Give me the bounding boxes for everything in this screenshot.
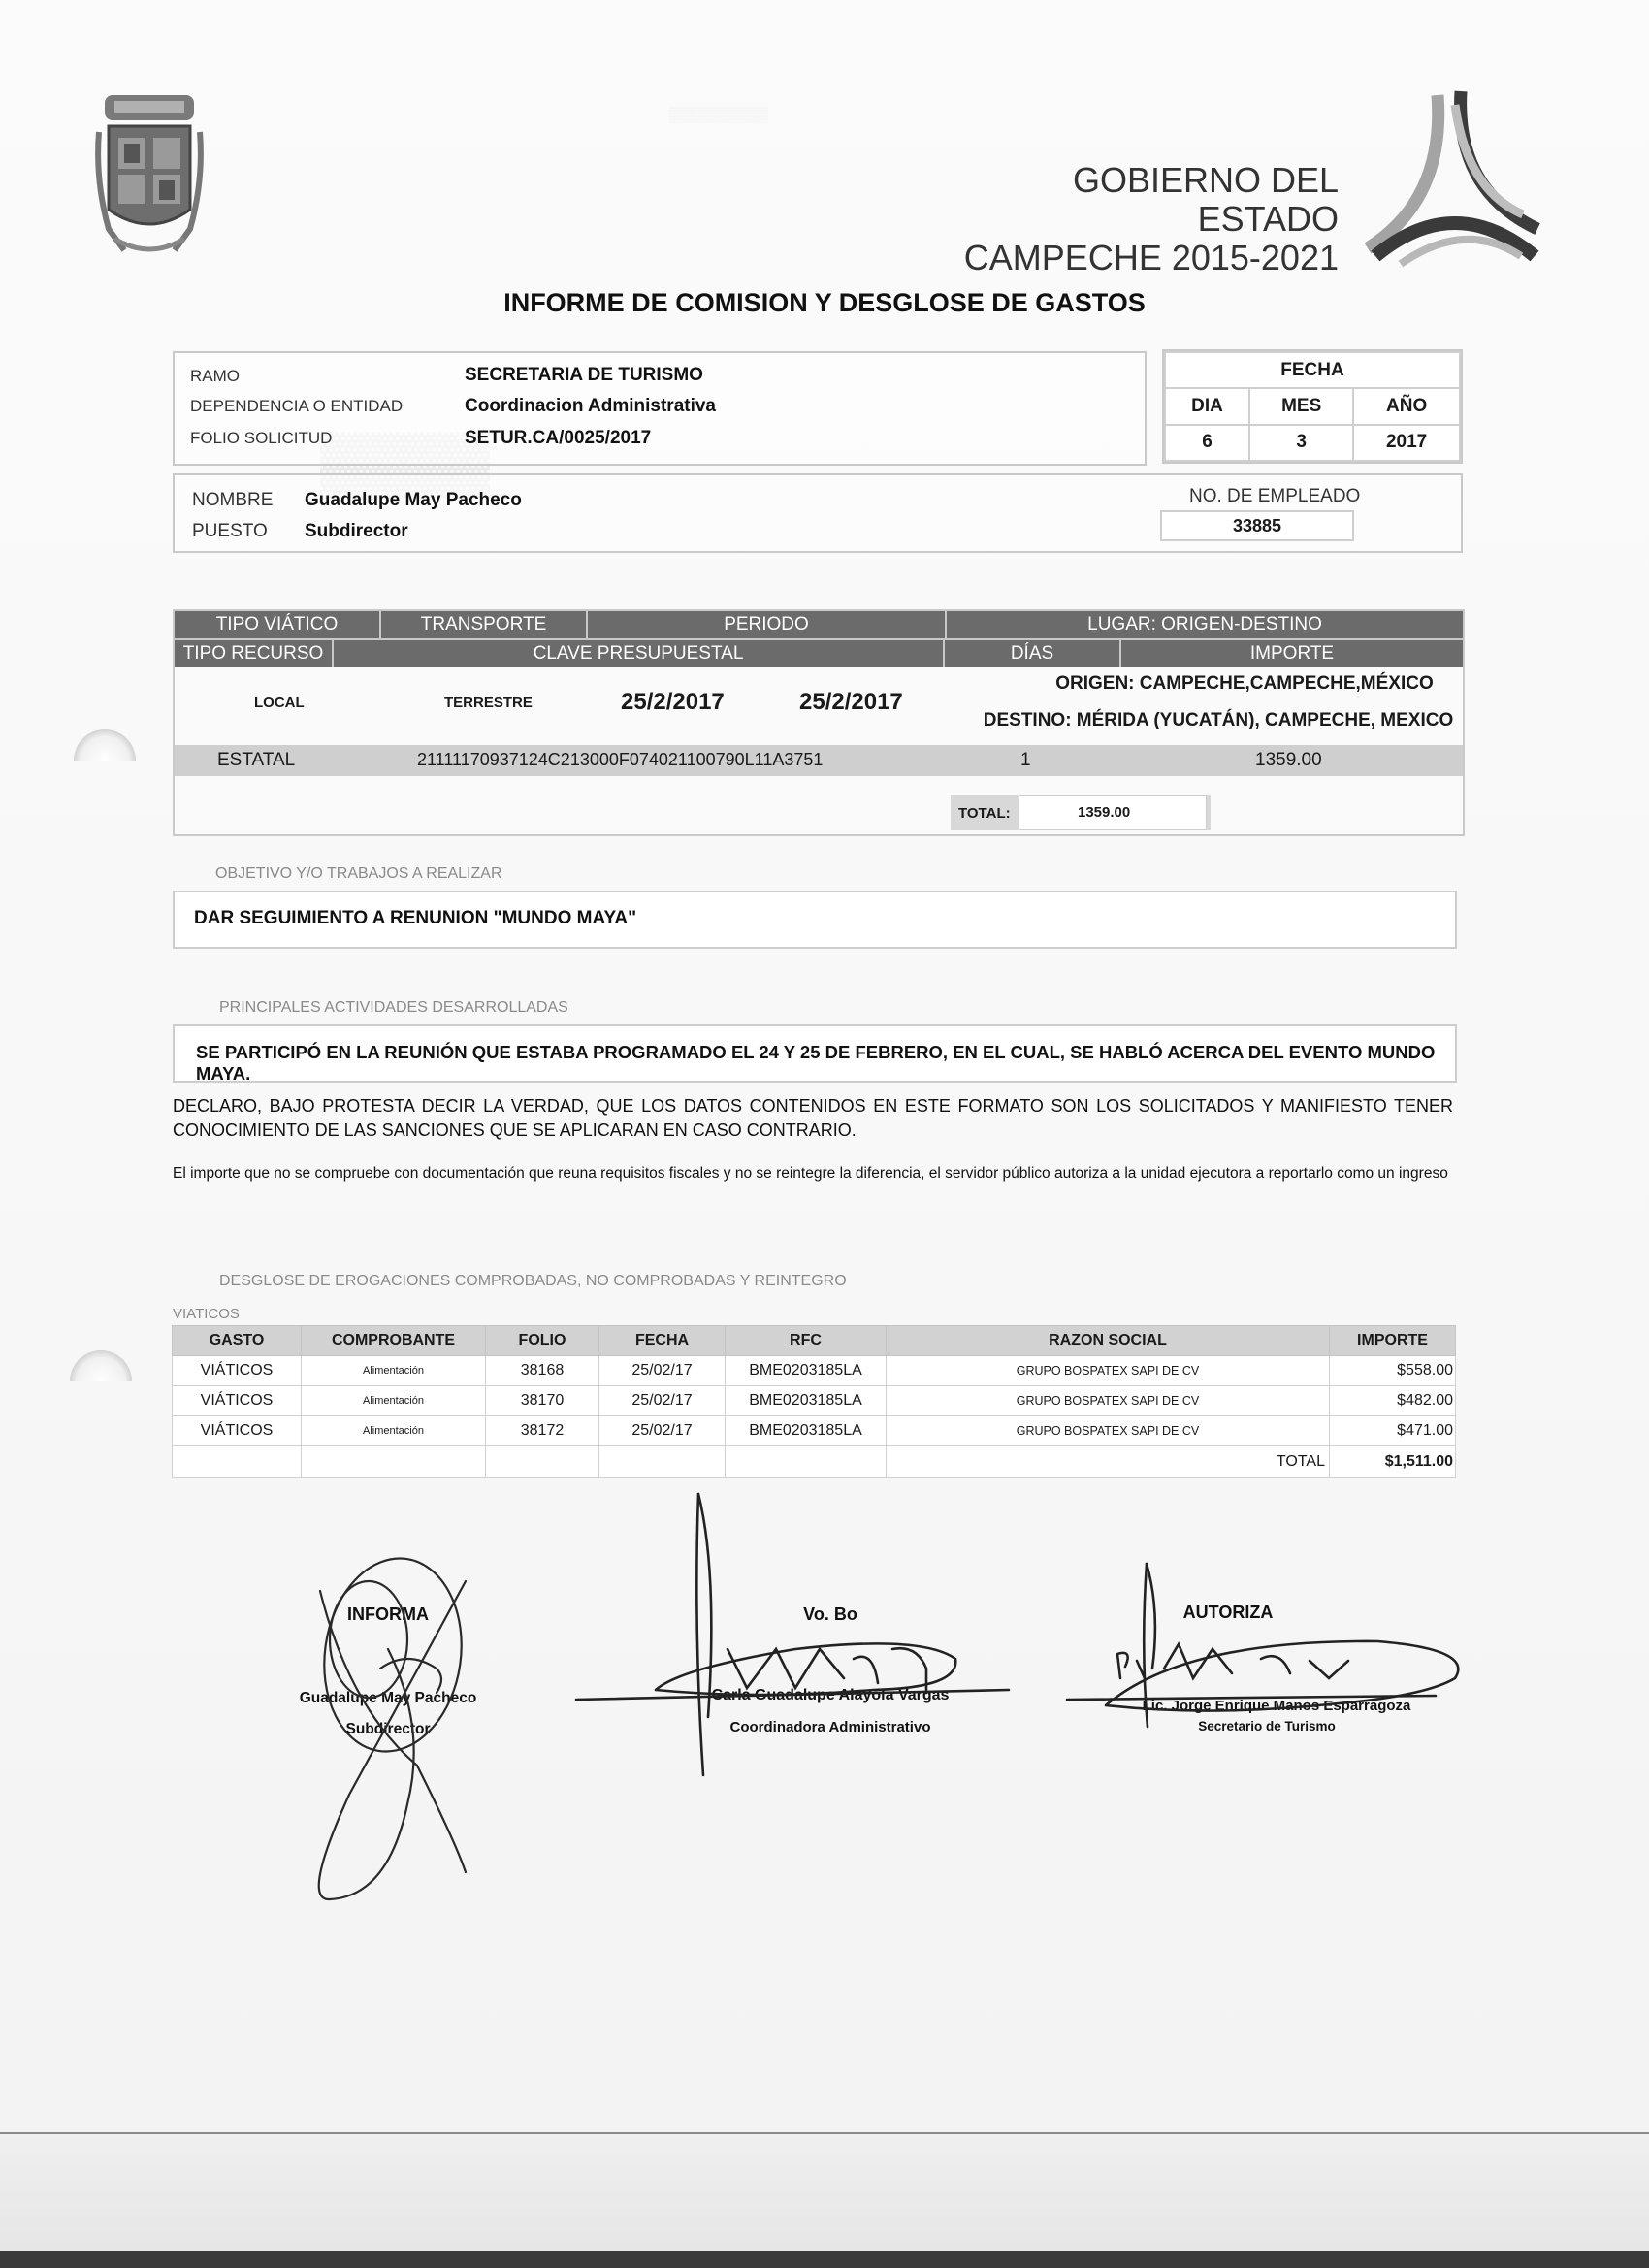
table-row: VIÁTICOS Alimentación 38168 25/02/17 BME… [173, 1356, 1456, 1386]
importe-cell: $558.00 [1330, 1356, 1456, 1386]
transporte-value: TERRESTRE [444, 695, 533, 711]
bleed-through-text: ▒▒▒▒▒▒▒▒▒ [669, 107, 768, 124]
total-value: 1359.00 [1018, 795, 1207, 830]
government-title-line1: GOBIERNO DEL ESTADO [960, 161, 1339, 239]
puesto-label: PUESTO [192, 521, 268, 542]
rfc-cell: BME0203185LA [726, 1416, 887, 1446]
viatico-recurso-row: ESTATAL 21111170937124C213000F0740211007… [175, 745, 1463, 776]
no-empleado-label: NO. DE EMPLEADO [1189, 486, 1360, 507]
coat-of-arms-icon [95, 93, 204, 258]
mes-label: MES [1249, 388, 1353, 424]
periodo-fin-value: 25/2/2017 [799, 689, 903, 716]
total-box: TOTAL: 1359.00 [951, 795, 1211, 830]
page-underlay [0, 2134, 1649, 2251]
origen-value: ORIGEN: CAMPECHE,CAMPECHE,MÉXICO [1026, 673, 1463, 695]
header-lugar: LUGAR: ORIGEN-DESTINO [947, 611, 1463, 638]
col-comprobante: COMPROBANTE [302, 1326, 486, 1356]
informa-role: Subdirector [291, 1721, 485, 1738]
razon-social-cell: GRUPO BOSPATEX SAPI DE CV [887, 1356, 1330, 1386]
dias-value: 1 [1020, 750, 1031, 771]
razon-social-cell: GRUPO BOSPATEX SAPI DE CV [887, 1386, 1330, 1416]
importe-cell: $482.00 [1330, 1386, 1456, 1416]
nombre-value: Guadalupe May Pacheco [305, 490, 522, 511]
folio-solicitud-value: SETUR.CA/0025/2017 [465, 428, 651, 449]
campeche-triple-arc-logo-icon [1358, 83, 1552, 268]
folio-solicitud-label: FOLIO SOLICITUD [190, 429, 332, 448]
expense-total-value: $1,511.00 [1330, 1446, 1456, 1478]
fecha-title: FECHA [1165, 352, 1460, 388]
col-razon-social: RAZON SOCIAL [887, 1326, 1330, 1356]
importe-cell: $471.00 [1330, 1416, 1456, 1446]
punch-hole [70, 1350, 132, 1381]
desglose-label: DESGLOSE DE EROGACIONES COMPROBADAS, NO … [219, 1273, 847, 1290]
col-fecha: FECHA [599, 1326, 726, 1356]
header-dias: DÍAS [945, 640, 1121, 667]
expense-total-row: TOTAL $1,511.00 [173, 1446, 1456, 1478]
viatico-header-row-2: TIPO RECURSO CLAVE PRESUPUESTAL DÍAS IMP… [175, 638, 1463, 667]
folio-cell: 38168 [486, 1356, 599, 1386]
punch-hole [74, 729, 136, 761]
actividades-text: SE PARTICIPÓ EN LA REUNIÓN QUE ESTABA PR… [196, 1042, 1455, 1085]
col-folio: FOLIO [486, 1326, 599, 1356]
expense-total-label: TOTAL [887, 1446, 1330, 1478]
expense-table: GASTO COMPROBANTE FOLIO FECHA RFC RAZON … [172, 1325, 1456, 1478]
scanned-page: ▒▒▒▒▒▒▒▒▒ ▓▓▓▓ GOBIERNO DEL ESTADO CAMPE… [0, 0, 1649, 2251]
dependencia-label: DEPENDENCIA O ENTIDAD [190, 397, 403, 416]
document-title: INFORME DE COMISION Y DESGLOSE DE GASTOS [0, 288, 1649, 318]
expense-header-row: GASTO COMPROBANTE FOLIO FECHA RFC RAZON … [173, 1326, 1456, 1356]
vobo-name: Carla Guadalupe Alayola Vargas [685, 1687, 976, 1704]
nombre-label: NOMBRE [192, 490, 273, 511]
viatico-total-row: TOTAL: 1359.00 [175, 776, 1463, 834]
col-gasto: GASTO [173, 1326, 302, 1356]
viatico-header-row-1: TIPO VIÁTICO TRANSPORTE PERIODO LUGAR: O… [175, 611, 1463, 638]
gasto-cell: VIÁTICOS [173, 1356, 302, 1386]
importe-value: 1359.00 [1255, 750, 1322, 771]
no-empleado-value: 33885 [1160, 510, 1354, 541]
table-row: VIÁTICOS Alimentación 38170 25/02/17 BME… [173, 1386, 1456, 1416]
puesto-value: Subdirector [305, 521, 408, 542]
clave-presupuestal-value: 21111170937124C213000F074021100790L11A37… [417, 750, 823, 770]
header-clave-presupuestal: CLAVE PRESUPUESTAL [334, 640, 945, 667]
comprobante-cell: Alimentación [302, 1386, 486, 1416]
empty-cell [486, 1446, 599, 1478]
fecha-box: FECHA DIA MES AÑO 6 3 2017 [1162, 349, 1463, 464]
gasto-cell: VIÁTICOS [173, 1386, 302, 1416]
dia-label: DIA [1165, 388, 1249, 424]
header-tipo-viatico: TIPO VIÁTICO [175, 611, 381, 638]
informa-caption: INFORMA [291, 1604, 485, 1625]
periodo-inicio-value: 25/2/2017 [621, 689, 725, 716]
gasto-cell: VIÁTICOS [173, 1416, 302, 1446]
empty-cell [173, 1446, 302, 1478]
rfc-cell: BME0203185LA [726, 1356, 887, 1386]
dia-value: 6 [1165, 425, 1249, 461]
razon-social-cell: GRUPO BOSPATEX SAPI DE CV [887, 1416, 1330, 1446]
scanner-edge-bar [0, 2251, 1649, 2268]
viatico-main-row: LOCAL TERRESTRE 25/2/2017 25/2/2017 ORIG… [175, 667, 1463, 745]
table-row: VIÁTICOS Alimentación 38172 25/02/17 BME… [173, 1416, 1456, 1446]
objetivo-box: DAR SEGUIMIENTO A RENUNION "MUNDO MAYA" [173, 891, 1457, 949]
autoriza-name: Lic. Jorge Enrique Manos Esparragoza [1112, 1698, 1441, 1714]
anio-label: AÑO [1353, 388, 1460, 424]
fecha-cell: 25/02/17 [599, 1416, 726, 1446]
header-periodo: PERIODO [588, 611, 947, 638]
fecha-cell: 25/02/17 [599, 1356, 726, 1386]
nota-importe-text: El importe que no se compruebe con docum… [173, 1162, 1463, 1185]
rfc-cell: BME0203185LA [726, 1386, 887, 1416]
vobo-caption: Vo. Bo [733, 1604, 927, 1625]
folio-cell: 38172 [486, 1416, 599, 1446]
header-transporte: TRANSPORTE [381, 611, 588, 638]
declaracion-text: DECLARO, BAJO PROTESTA DECIR LA VERDAD, … [173, 1094, 1453, 1143]
comprobante-cell: Alimentación [302, 1416, 486, 1446]
dependencia-value: Coordinacion Administrativa [465, 396, 716, 417]
viaticos-sublabel: VIATICOS [173, 1306, 240, 1322]
comprobante-cell: Alimentación [302, 1356, 486, 1386]
col-rfc: RFC [726, 1326, 887, 1356]
ramo-value: SECRETARIA DE TURISMO [465, 365, 703, 386]
folio-cell: 38170 [486, 1386, 599, 1416]
tipo-viatico-value: LOCAL [254, 695, 305, 711]
empty-cell [726, 1446, 887, 1478]
empty-cell [599, 1446, 726, 1478]
anio-value: 2017 [1353, 425, 1460, 461]
objetivo-text: DAR SEGUIMIENTO A RENUNION "MUNDO MAYA" [194, 908, 636, 929]
tipo-recurso-value: ESTATAL [217, 750, 295, 771]
government-title-line2: CAMPECHE 2015-2021 [960, 239, 1339, 277]
ramo-label: RAMO [190, 367, 240, 386]
empty-cell [302, 1446, 486, 1478]
informa-name: Guadalupe May Pacheco [281, 1690, 495, 1707]
actividades-box: SE PARTICIPÓ EN LA REUNIÓN QUE ESTABA PR… [173, 1024, 1457, 1083]
header-tipo-recurso: TIPO RECURSO [175, 640, 334, 667]
autoriza-role: Secretario de Turismo [1141, 1719, 1393, 1733]
viatico-table: TIPO VIÁTICO TRANSPORTE PERIODO LUGAR: O… [173, 609, 1465, 836]
destino-value: DESTINO: MÉRIDA (YUCATÁN), CAMPECHE, MEX… [976, 710, 1461, 731]
total-label: TOTAL: [958, 805, 1011, 822]
actividades-label: PRINCIPALES ACTIVIDADES DESARROLLADAS [219, 999, 568, 1017]
mes-value: 3 [1249, 425, 1353, 461]
autoriza-caption: AUTORIZA [1131, 1603, 1325, 1623]
government-title: GOBIERNO DEL ESTADO CAMPECHE 2015-2021 [960, 161, 1339, 277]
header-importe: IMPORTE [1121, 640, 1463, 667]
vobo-role: Coordinadora Administrativo [685, 1719, 976, 1735]
fecha-cell: 25/02/17 [599, 1386, 726, 1416]
objetivo-label: OBJETIVO Y/O TRABAJOS A REALIZAR [215, 865, 502, 883]
col-importe: IMPORTE [1330, 1326, 1456, 1356]
